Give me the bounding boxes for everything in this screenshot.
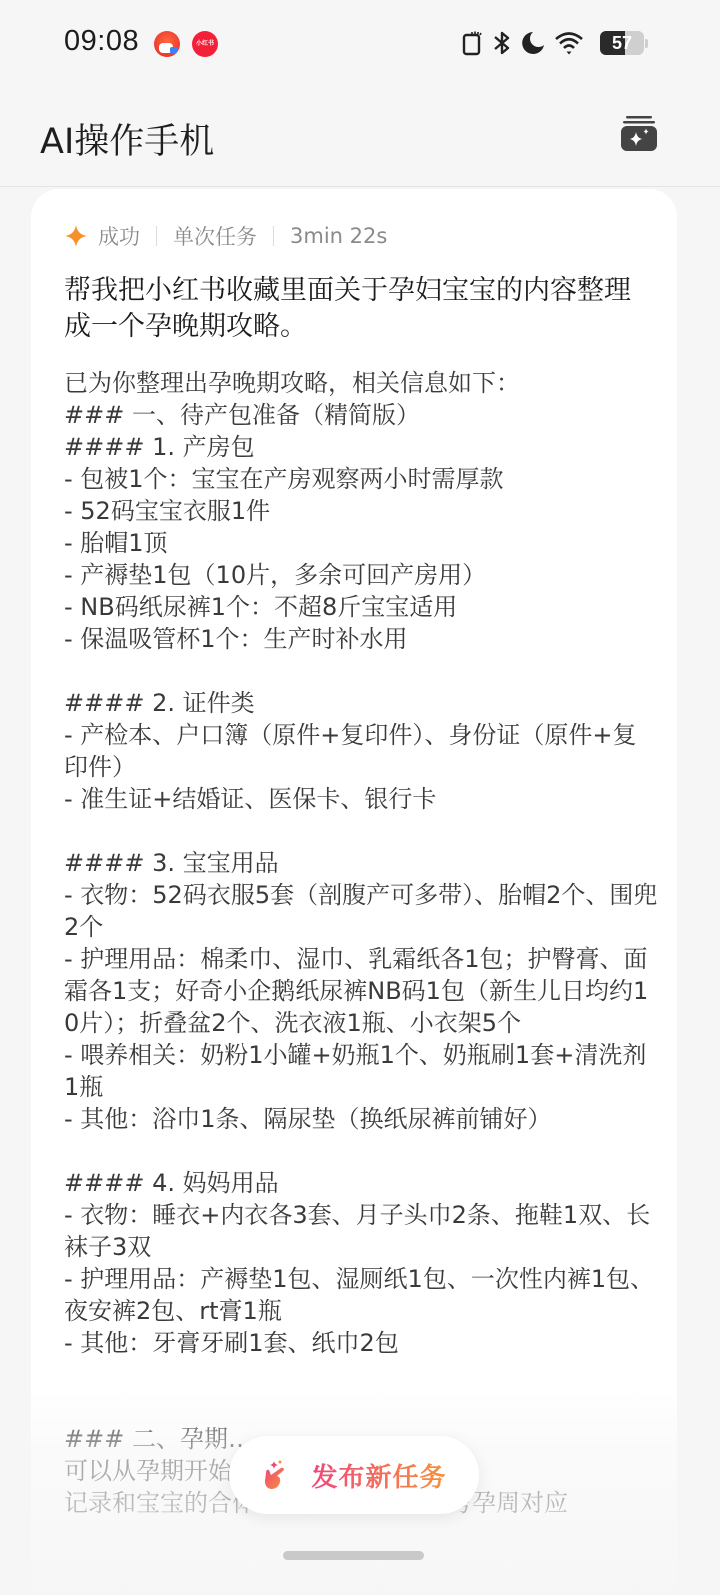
xiaohongshu-icon: 小红书	[192, 31, 218, 57]
result-line: - 包被1个：宝宝在产房观察两小时需厚款	[64, 463, 659, 495]
task-history-sparkle-icon	[619, 114, 659, 154]
app-header: AI操作手机	[0, 86, 720, 187]
task-result-text: 已为你整理出孕晚期攻略，相关信息如下：### 一、待产包准备（精简版）#### …	[64, 367, 659, 1519]
result-line: ### 一、待产包准备（精简版）	[64, 399, 659, 431]
task-type: 单次任务	[173, 221, 257, 251]
result-line: - 其他：牙膏牙刷1套、纸巾2包	[64, 1327, 659, 1359]
status-icons: 57	[462, 28, 648, 58]
task-meta: 成功 单次任务 3min 22s	[64, 221, 387, 251]
result-line: - 产检本、户口簿（原件+复印件）、身份证（原件+复印件）	[64, 719, 659, 783]
divider	[273, 226, 274, 246]
result-line: #### 3. 宝宝用品	[64, 847, 659, 879]
result-line: - 其他：浴巾1条、隔尿垫（换纸尿裤前铺好）	[64, 1103, 659, 1135]
result-line	[64, 1359, 659, 1391]
taobao-double11-icon	[154, 31, 180, 57]
result-line: - 胎帽1顶	[64, 527, 659, 559]
task-prompt: 帮我把小红书收藏里面关于孕妇宝宝的内容整理成一个孕晚期攻略。	[64, 273, 654, 345]
divider	[156, 226, 157, 246]
result-line: - 喂养相关：奶粉1小罐+奶瓶1个、奶瓶刷1套+清洗剂1瓶	[64, 1039, 659, 1103]
result-line	[64, 815, 659, 847]
screen-awake-icon	[462, 30, 484, 56]
page-title: AI操作手机	[40, 114, 214, 164]
task-status: 成功	[98, 221, 140, 251]
wifi-icon	[554, 30, 584, 56]
task-history-button[interactable]	[619, 114, 659, 154]
battery-icon: 57	[600, 31, 644, 55]
status-time: 09:08	[64, 25, 139, 58]
result-line	[64, 1391, 659, 1423]
publish-new-task-button[interactable]: 发布新任务	[229, 1436, 479, 1514]
success-sparkle-icon	[64, 224, 88, 248]
result-line	[64, 655, 659, 687]
result-line: #### 4. 妈妈用品	[64, 1167, 659, 1199]
publish-new-task-label: 发布新任务	[311, 1457, 446, 1494]
battery-level: 57	[600, 31, 644, 55]
bluetooth-icon	[492, 30, 512, 56]
result-line: - 护理用品：产褥垫1包、湿厕纸1包、一次性内裤1包、夜安裤2包、rt膏1瓶	[64, 1263, 659, 1327]
battery-tip	[645, 39, 648, 48]
task-result-card: 成功 单次任务 3min 22s 帮我把小红书收藏里面关于孕妇宝宝的内容整理成一…	[31, 189, 677, 1595]
result-line: - 产褥垫1包（10片，多余可回产房用）	[64, 559, 659, 591]
snap-finger-sparkle-icon	[261, 1459, 293, 1491]
result-line	[64, 1135, 659, 1167]
task-duration: 3min 22s	[290, 224, 387, 248]
status-bar: 09:08 小红书 57	[0, 0, 720, 86]
result-line: #### 2. 证件类	[64, 687, 659, 719]
result-line: - 衣物：52码衣服5套（剖腹产可多带）、胎帽2个、围兜2个	[64, 879, 659, 943]
result-line: - NB码纸尿裤1个：不超8斤宝宝适用	[64, 591, 659, 623]
result-line: - 护理用品：棉柔巾、湿巾、乳霜纸各1包；护臀膏、面霜各1支；好奇小企鹅纸尿裤N…	[64, 943, 659, 1039]
result-line: - 准生证+结婚证、医保卡、银行卡	[64, 783, 659, 815]
result-line: 已为你整理出孕晚期攻略，相关信息如下：	[64, 367, 659, 399]
home-indicator[interactable]	[283, 1551, 424, 1560]
result-line: - 衣物：睡衣+内衣各3套、月子头巾2条、拖鞋1双、长袜子3双	[64, 1199, 659, 1263]
result-line: - 保温吸管杯1个：生产时补水用	[64, 623, 659, 655]
result-line: #### 1. 产房包	[64, 431, 659, 463]
do-not-disturb-moon-icon	[520, 30, 546, 56]
result-line: - 52码宝宝衣服1件	[64, 495, 659, 527]
